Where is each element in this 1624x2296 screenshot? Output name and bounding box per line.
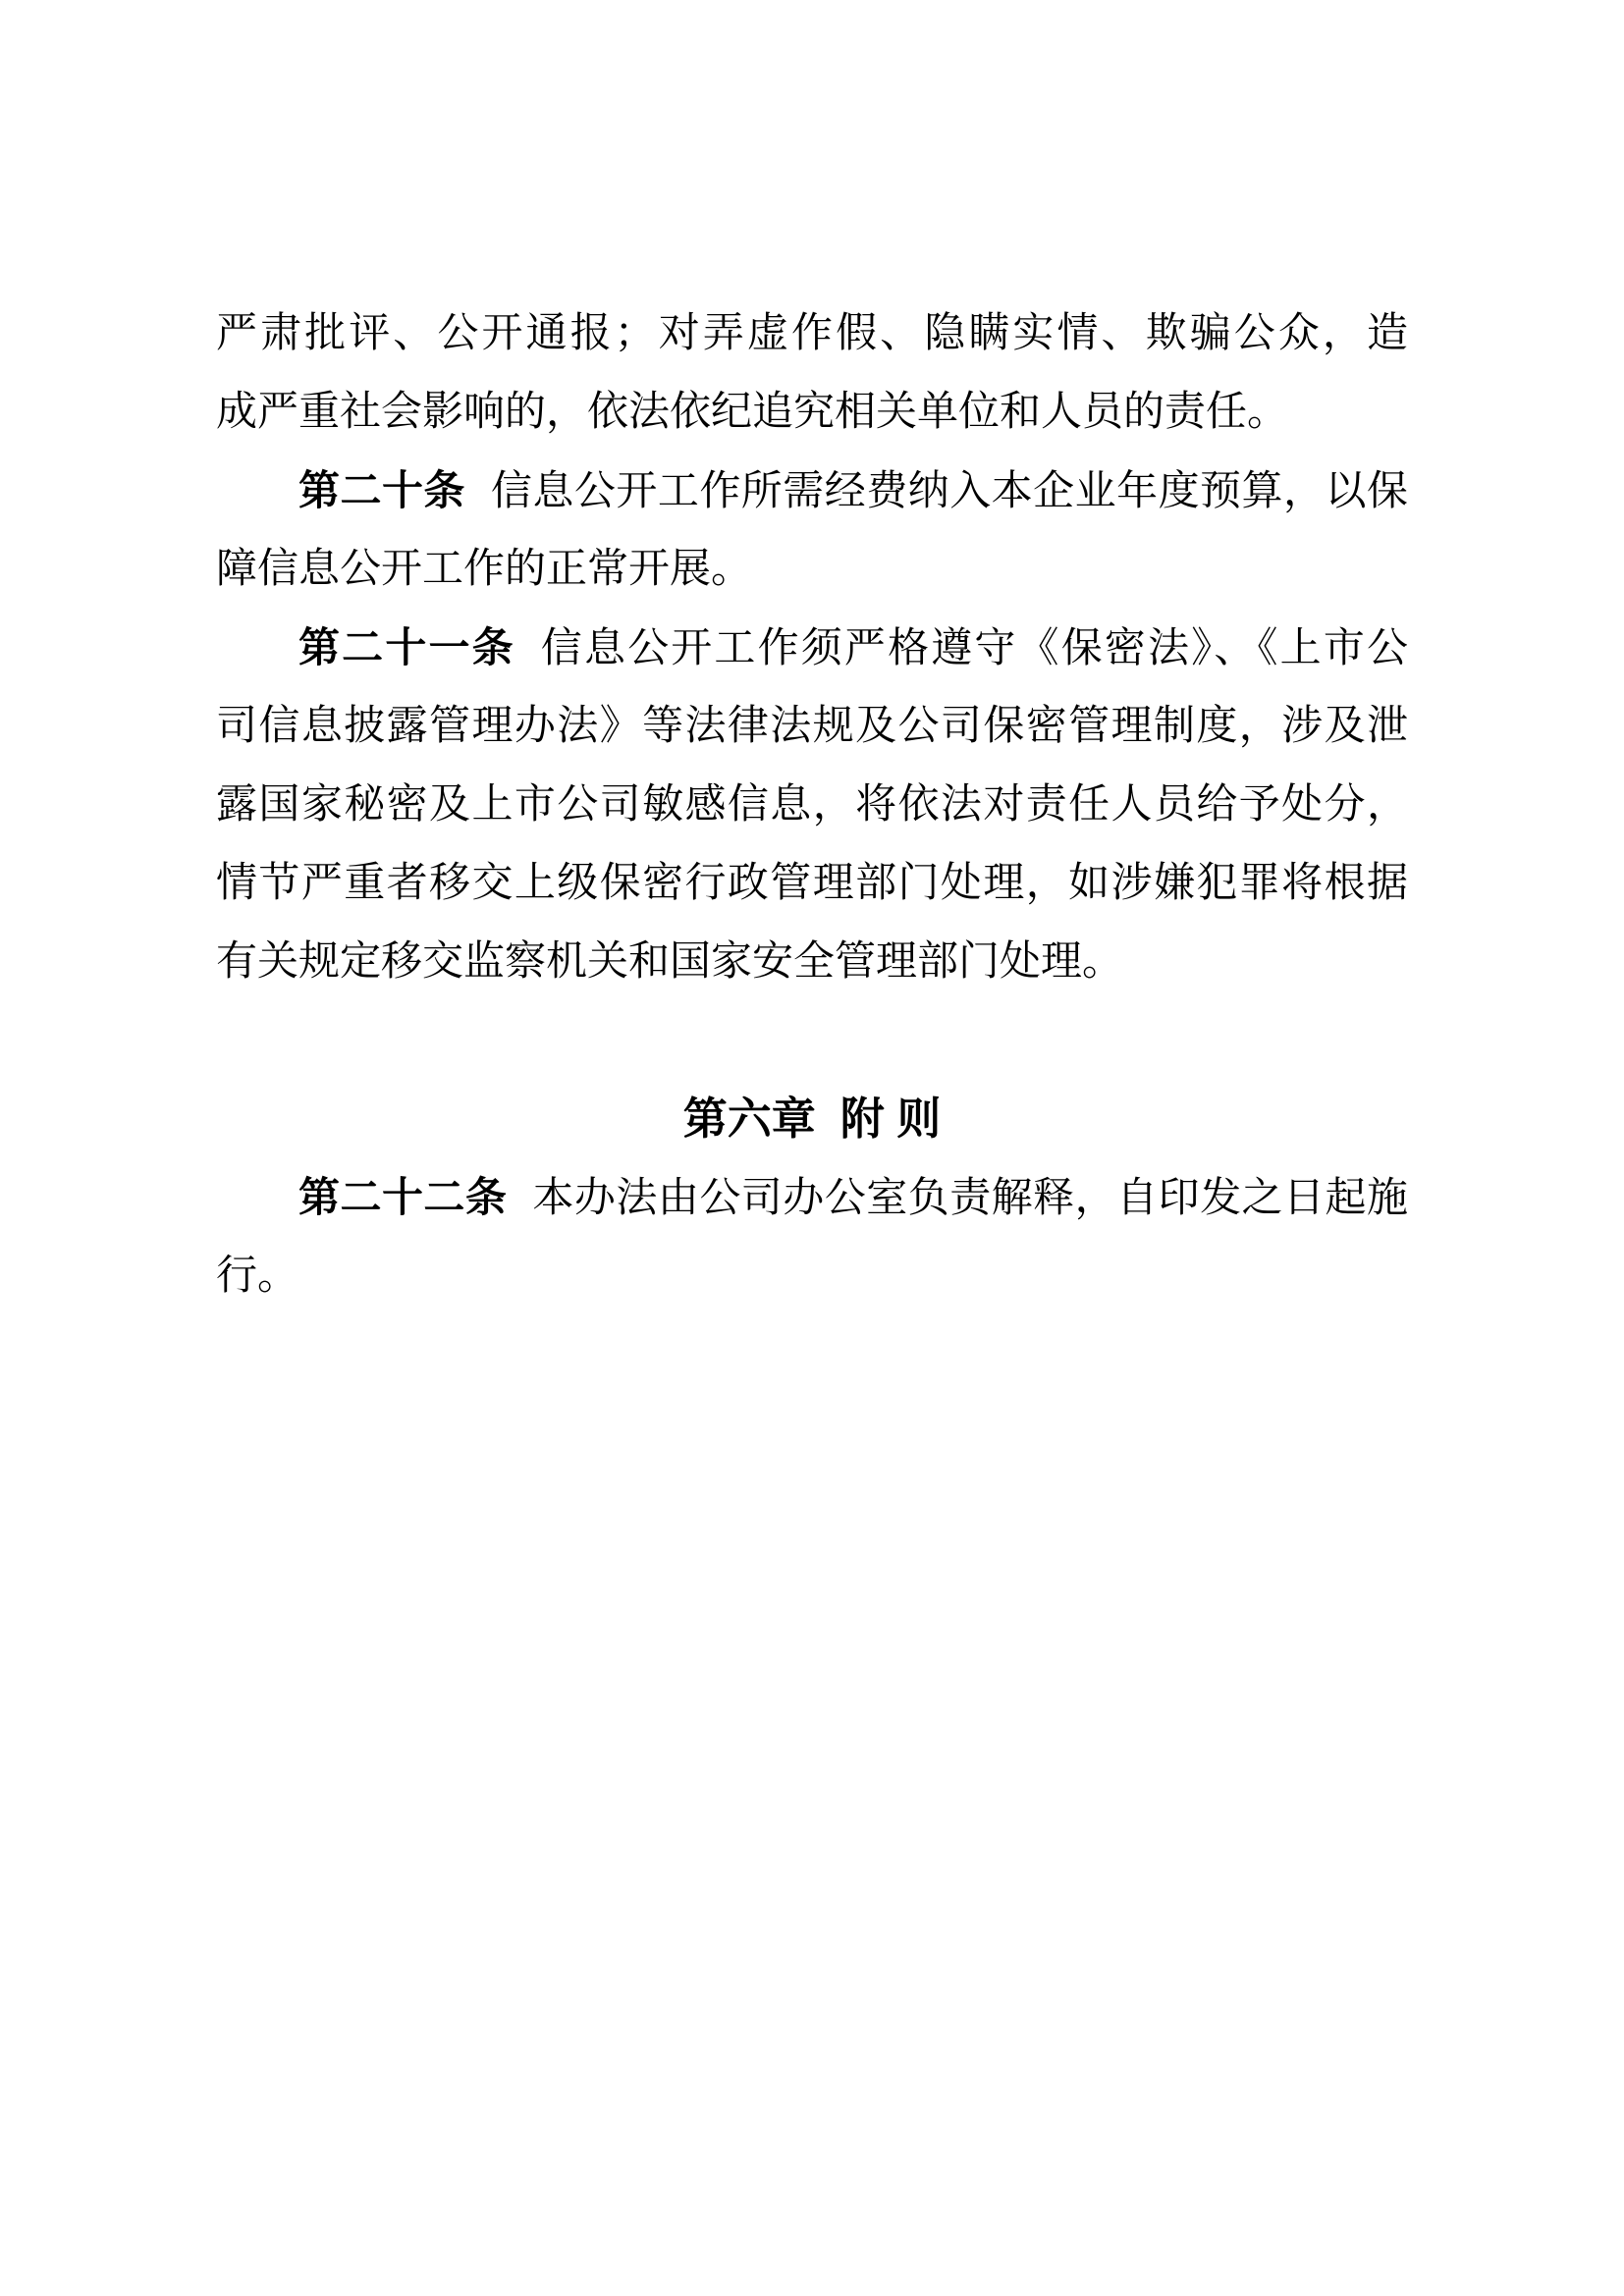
article-22-line-2: 行。 [216, 1237, 1408, 1315]
article-21-line-4: 情节严重者移交上级保密行政管理部门处理，如涉嫌犯罪将根据 [216, 844, 1408, 923]
article-21-text-1: 信息公开工作须严格遵守《保密法》、《上市公 [541, 626, 1408, 671]
article-21-line-2: 司信息披露管理办法》等法律法规及公司保密管理制度，涉及泄 [216, 687, 1408, 766]
article-22-line-1: 第二十二条本办法由公司办公室负责解释，自印发之日起施 [216, 1158, 1408, 1237]
article-21-text-3: 露国家秘密及上市公司敏感信息，将依法对责任人员给予处分， [216, 782, 1408, 828]
paragraph-tail-line-2: 成严重社会影响的，依法依纪追究相关单位和人员的责任。 [216, 373, 1408, 452]
article-20-label: 第二十条 [298, 467, 465, 513]
paragraph-tail-text-1: 严肃批评、公开通报；对弄虚作假、隐瞒实情、欺骗公众，造 [216, 311, 1408, 356]
article-22-label: 第二十二条 [298, 1174, 507, 1220]
article-20-text-1: 信息公开工作所需经费纳入本企业年度预算，以保 [491, 469, 1408, 514]
article-21-line-3: 露国家秘密及上市公司敏感信息，将依法对责任人员给予处分， [216, 766, 1408, 844]
article-20-text-2: 障信息公开工作的正常开展。 [216, 547, 752, 592]
chapter-6-heading: 第六章 附 则 [216, 1080, 1408, 1158]
article-20-line-2: 障信息公开工作的正常开展。 [216, 530, 1408, 609]
article-20-line-1: 第二十条信息公开工作所需经费纳入本企业年度预算，以保 [216, 452, 1408, 530]
document-page: 严肃批评、公开通报；对弄虚作假、隐瞒实情、欺骗公众，造 成严重社会影响的，依法依… [0, 0, 1624, 2296]
paragraph-tail-text-2: 成严重社会影响的，依法依纪追究相关单位和人员的责任。 [216, 390, 1288, 435]
article-21-text-5: 有关规定移交监察机关和国家安全管理部门处理。 [216, 939, 1123, 985]
article-21-line-5: 有关规定移交监察机关和国家安全管理部门处理。 [216, 923, 1408, 1001]
blank-line [216, 1001, 1408, 1080]
document-text-block: 严肃批评、公开通报；对弄虚作假、隐瞒实情、欺骗公众，造 成严重社会影响的，依法依… [216, 294, 1408, 1315]
article-21-text-4: 情节严重者移交上级保密行政管理部门处理，如涉嫌犯罪将根据 [216, 861, 1408, 906]
paragraph-tail-line-1: 严肃批评、公开通报；对弄虚作假、隐瞒实情、欺骗公众，造 [216, 294, 1408, 373]
article-22-text-2: 行。 [216, 1254, 298, 1299]
article-22-text-1: 本办法由公司办公室负责解释，自印发之日起施 [532, 1176, 1408, 1221]
article-21-label: 第二十一条 [298, 624, 515, 670]
article-21-text-2: 司信息披露管理办法》等法律法规及公司保密管理制度，涉及泄 [216, 704, 1408, 749]
article-21-line-1: 第二十一条信息公开工作须严格遵守《保密法》、《上市公 [216, 609, 1408, 687]
